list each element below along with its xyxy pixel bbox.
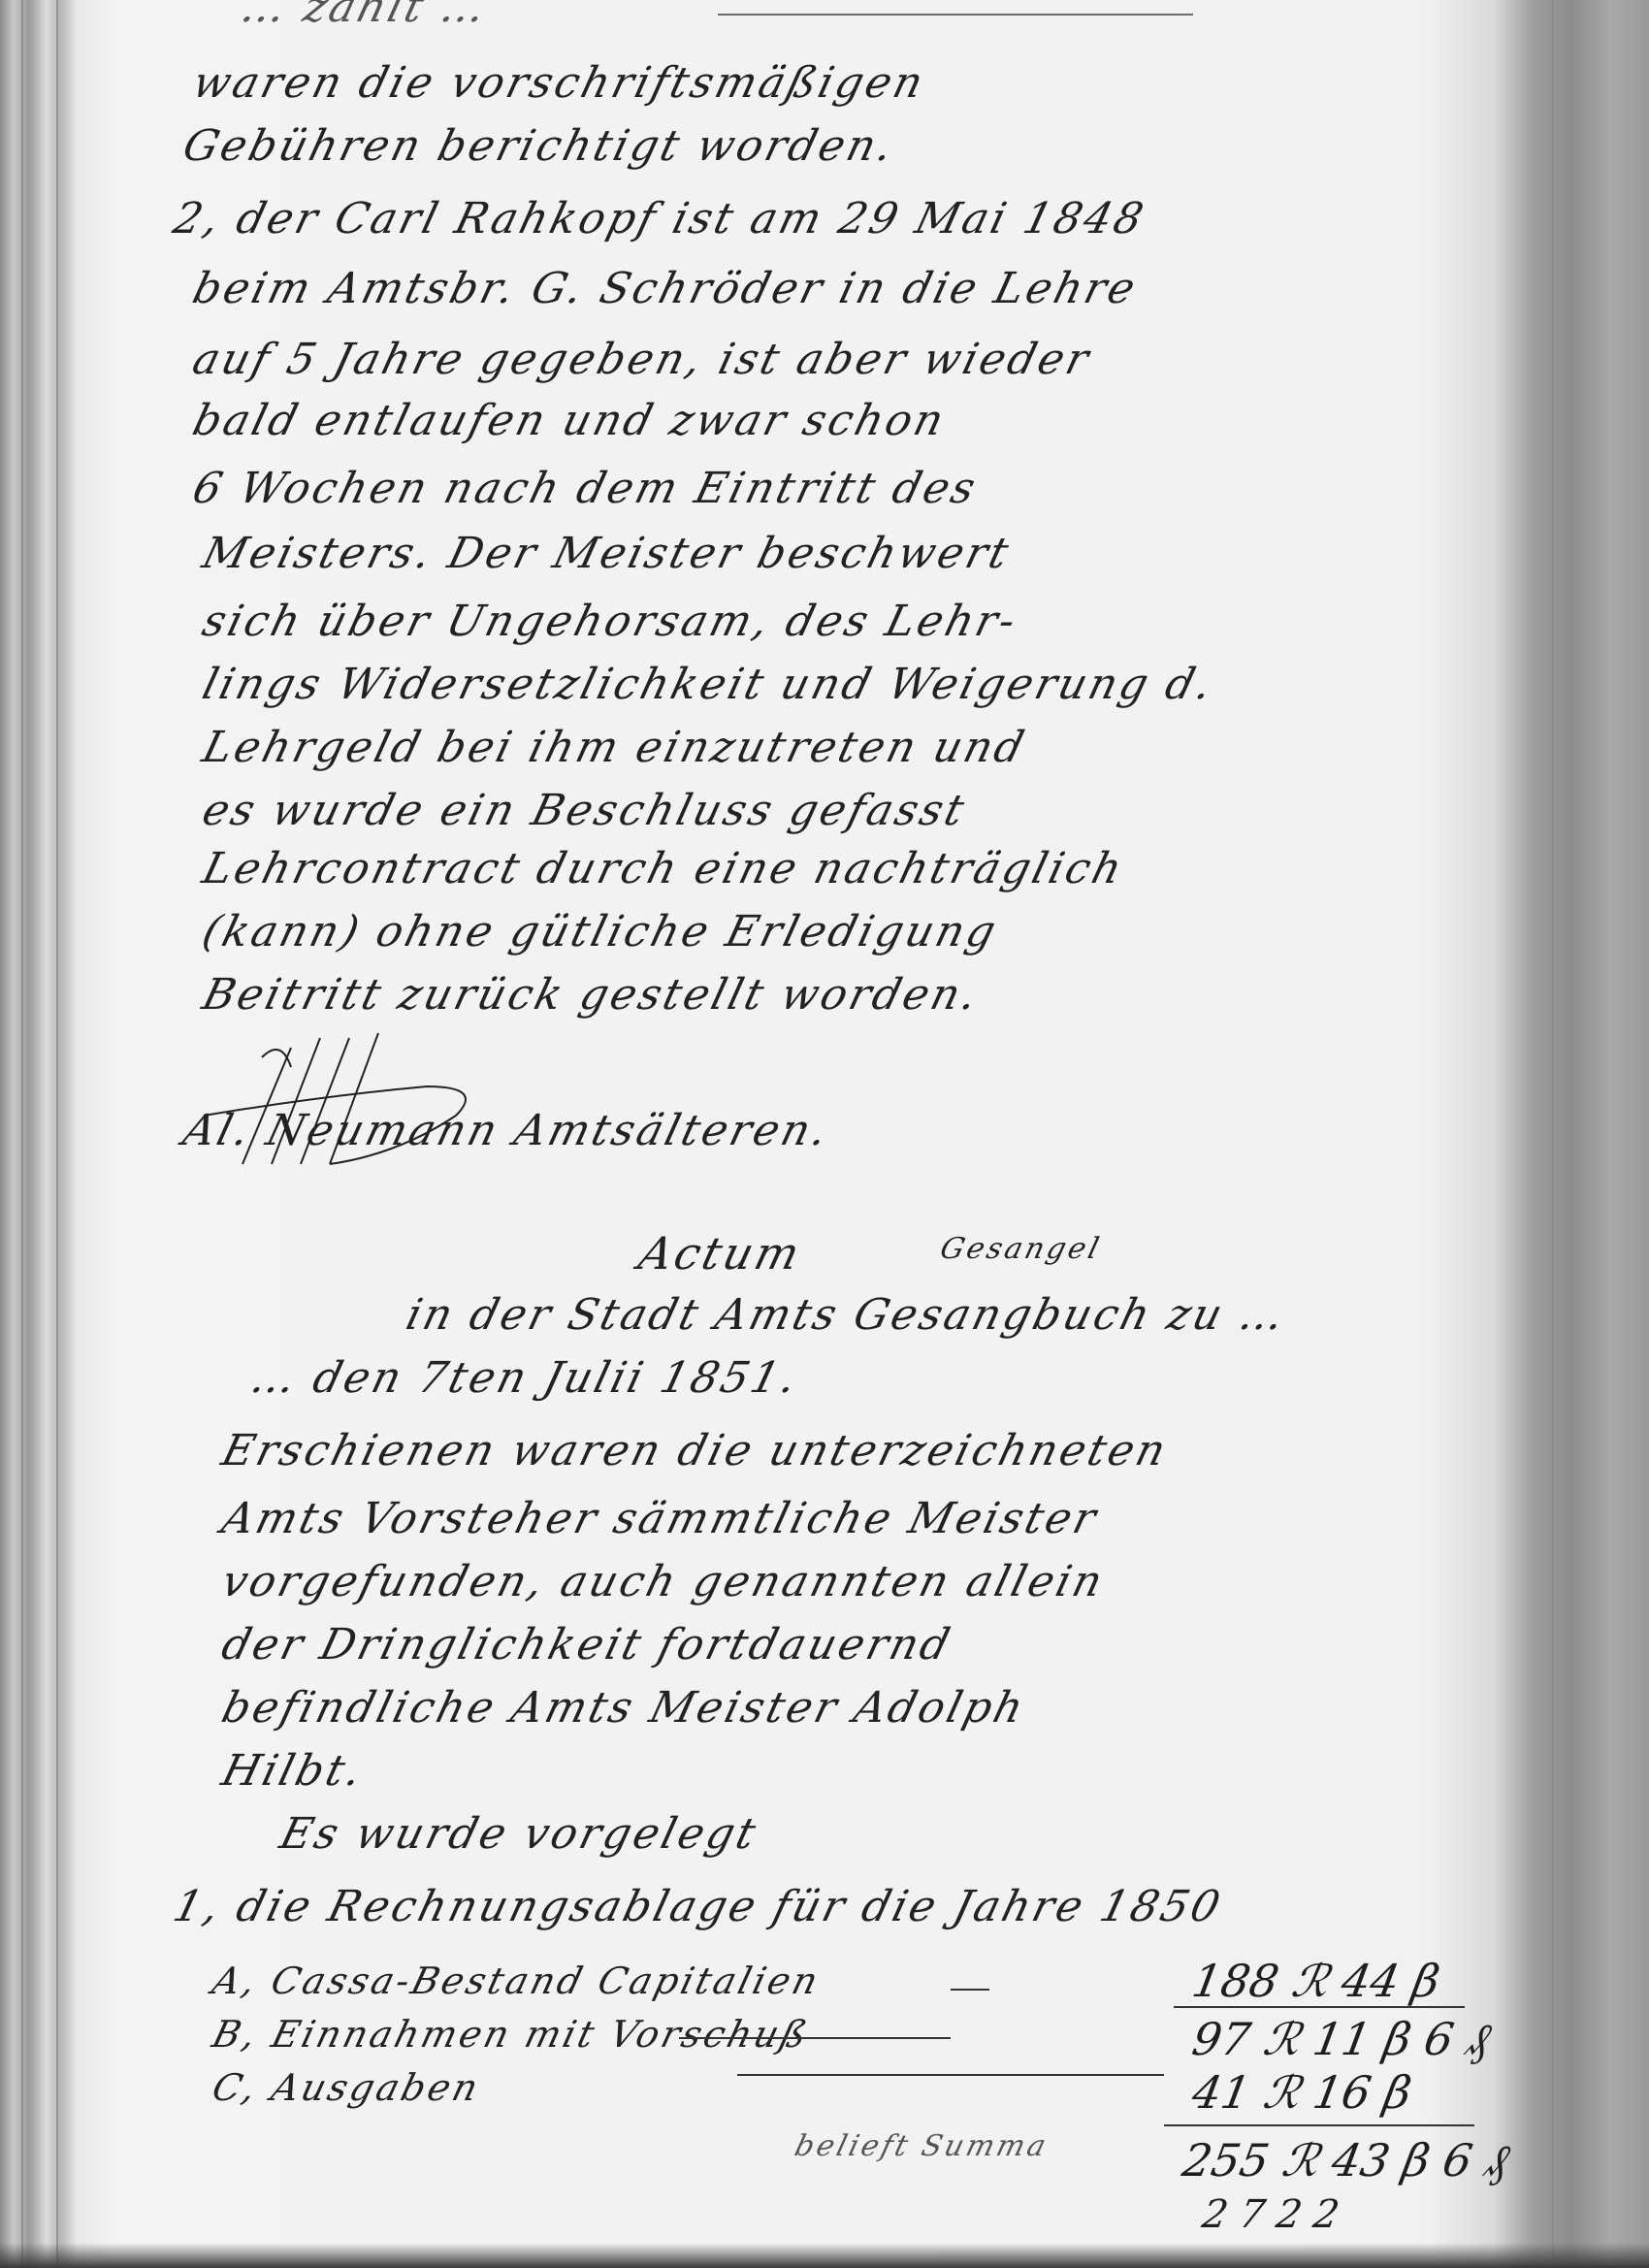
text-line: Lehrcontract durch eine nachträglich: [198, 844, 1130, 893]
text-line: der Dringlichkeit fortdauernd: [217, 1620, 957, 1669]
text-line: Meisters. Der Meister beschwert: [198, 529, 1017, 578]
header-rule: [718, 14, 1193, 16]
text-line: waren die vorschriftsmäßigen: [188, 58, 931, 108]
text-line: es wurde ein Beschluss gefasst: [198, 786, 972, 835]
text-line: beim Amtsbr. G. Schröder in die Lehre: [188, 264, 1144, 313]
account-label-a: A, Cassa-Bestand Capitalien: [209, 1960, 825, 2002]
total-rule: [1164, 2124, 1474, 2126]
signature-line: Al. Neumann Amtsälteren.: [178, 1106, 835, 1155]
account-label-c: C, Ausgaben: [209, 2066, 486, 2109]
account-rule: [679, 2037, 951, 2039]
account-rule: [737, 2074, 1164, 2076]
text-line: lings Widersetzlichkeit und Weigerung d.: [198, 660, 1220, 709]
text-line: Amts Vorsteher sämmtliche Meister: [217, 1494, 1104, 1543]
total-label: belieft Summa: [792, 2129, 1052, 2163]
account-amount-a: 188 ℛ 44 β: [1188, 1955, 1443, 2007]
text-line: bald entlaufen und zwar schon: [188, 396, 952, 445]
text-line: sich über Ungehorsam, des Lehr-: [198, 597, 1023, 646]
inserted-word: Gesangel: [937, 1232, 1106, 1266]
account-amount-b: 97 ℛ 11 β 6 ₰: [1188, 2013, 1494, 2065]
text-line: 6 Wochen nach dem Eintritt des: [188, 464, 984, 513]
total-amount: 255 ℛ 43 β 6 ₰: [1179, 2134, 1513, 2187]
text-line: 2, der Carl Rahkopf ist am 29 Mai 1848: [169, 194, 1151, 243]
text-line: Erschienen waren die unterzeichneten: [217, 1426, 1174, 1475]
scan-bottom-edge: [0, 2243, 1649, 2268]
manuscript-page: … zahlt … waren die vorschriftsmäßigen G…: [175, 0, 1513, 2268]
text-line: Hilbt.: [217, 1746, 370, 1796]
text-line: vorgefunden, auch genannten allein: [217, 1557, 1111, 1606]
amount-underline: [1174, 2006, 1465, 2008]
header-line: … zahlt …: [237, 0, 494, 32]
binding-edge: [56, 0, 58, 2268]
text-line: (kann) ohne gütliche Erledigung: [198, 907, 1004, 956]
text-line: befindliche Amts Meister Adolph: [217, 1683, 1031, 1733]
date-line: … den 7ten Julii 1851.: [246, 1353, 804, 1403]
text-line: auf 5 Jahre gegeben, ist aber wieder: [188, 335, 1097, 384]
place-line: in der Stadt Amts Gesangbuch zu …: [402, 1290, 1292, 1340]
account-amount-c: 41 ℛ 16 β: [1188, 2066, 1415, 2119]
account-rule: [951, 1989, 989, 1991]
total-sub: 2 7 2 2: [1199, 2192, 1342, 2237]
account-label-b: B, Einnahmen mit Vorschuß: [209, 2013, 815, 2056]
text-line: Es wurde vorgelegt: [275, 1809, 763, 1859]
binding-edge: [21, 0, 23, 2268]
text-line: Lehrgeld bei ihm einzutreten und: [198, 723, 1032, 772]
text-line: Gebühren berichtigt worden.: [178, 121, 901, 171]
actum-heading: Actum: [633, 1227, 807, 1280]
text-line: Beitritt zurück gestellt worden.: [198, 970, 986, 1020]
page-edge: [1552, 0, 1554, 2268]
item-header: 1, die Rechnungsablage für die Jahre 185…: [169, 1882, 1228, 1931]
